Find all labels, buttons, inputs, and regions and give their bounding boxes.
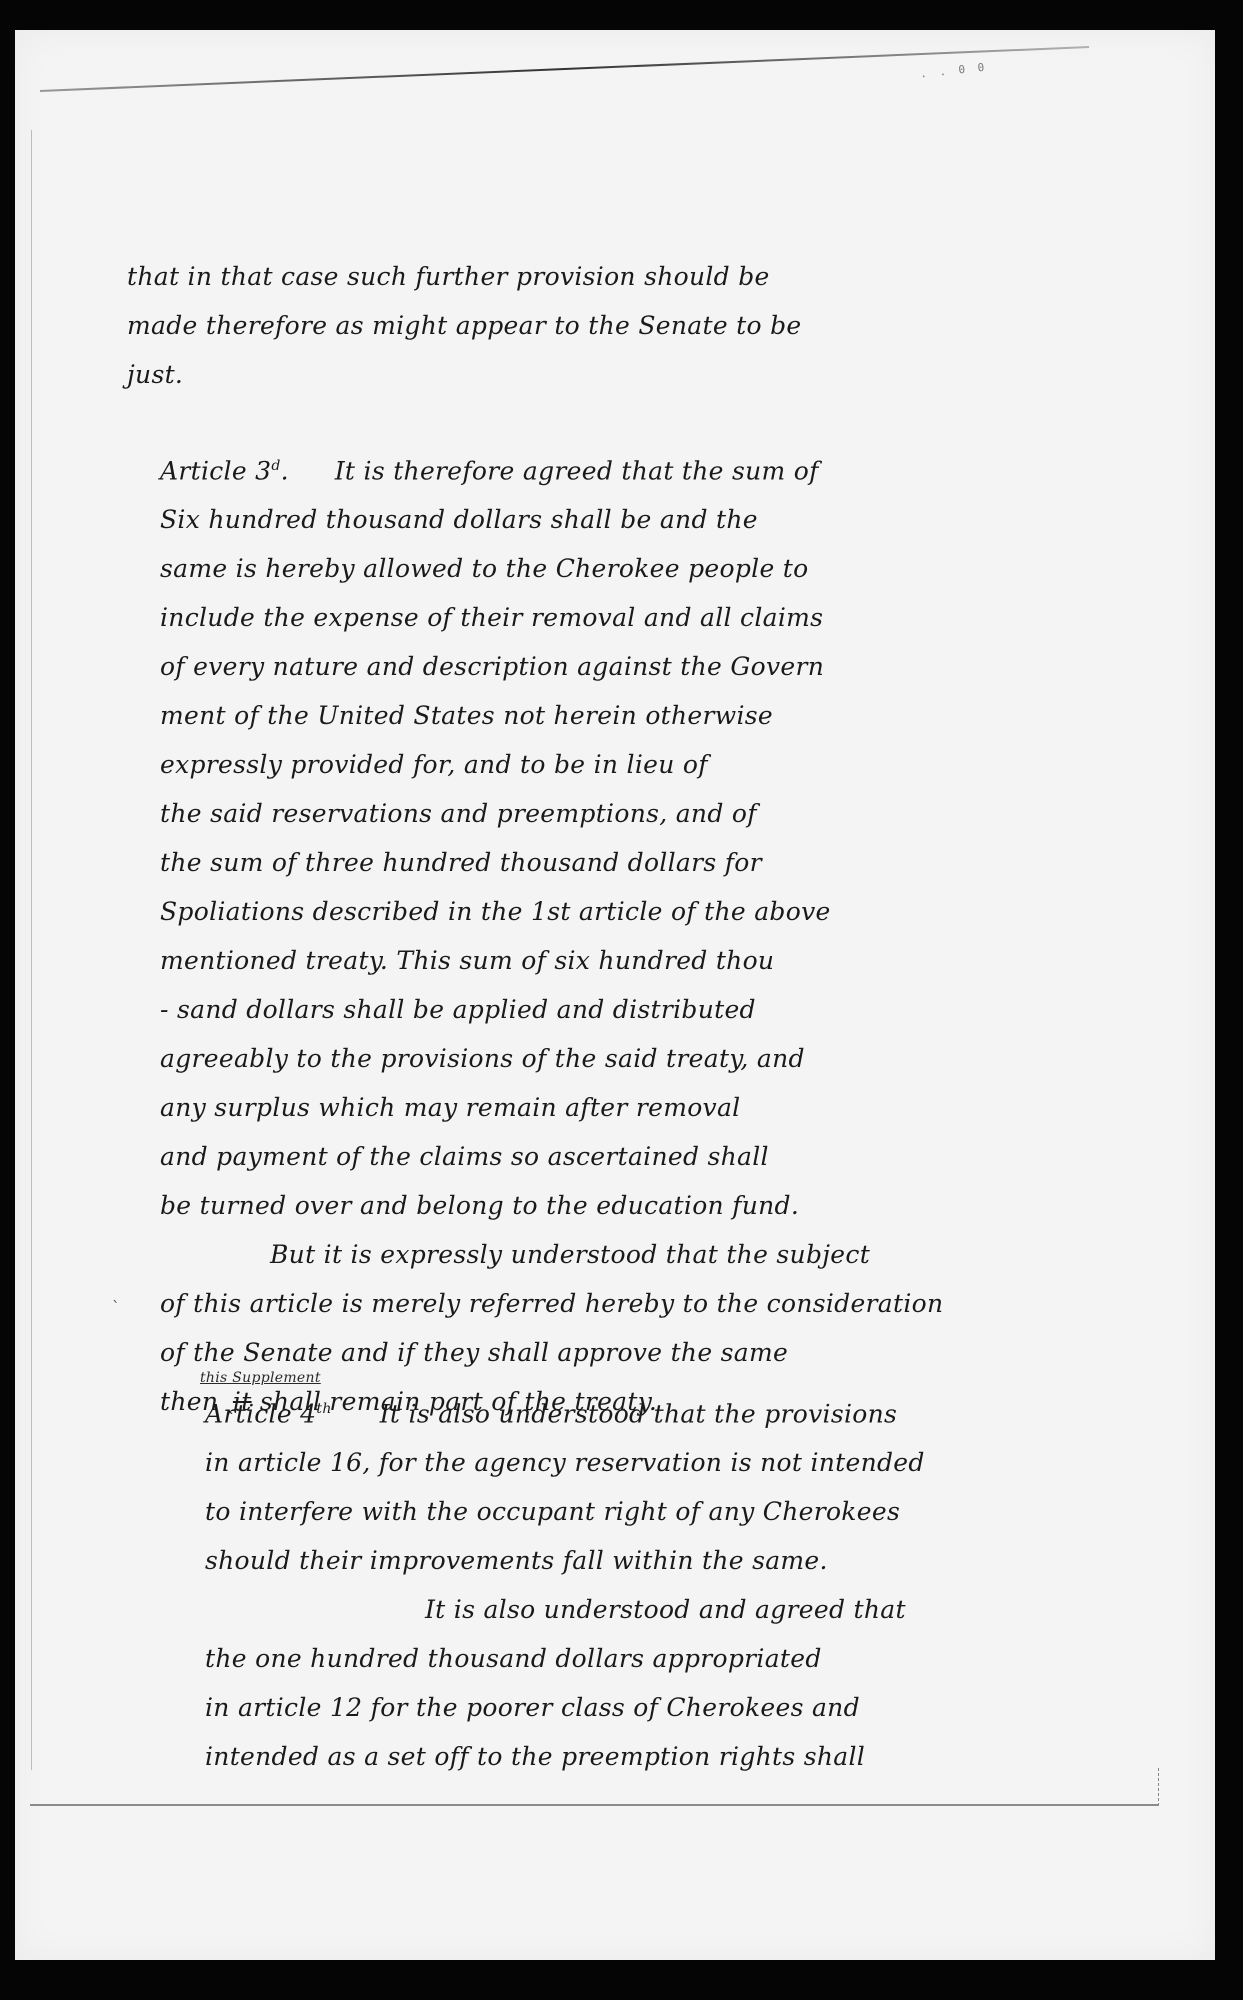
article-4-first-line: Article 4th It is also understood that t…: [205, 1385, 1150, 1438]
text-line: of every nature and description against …: [160, 642, 1150, 691]
text-line: - sand dollars shall be applied and dist…: [160, 985, 1150, 1034]
article-3-first-line: Article 3d. It is therefore agreed that …: [160, 442, 1150, 495]
text-line: ment of the United States not herein oth…: [160, 691, 1150, 740]
text-line: It is also understood that the provision…: [380, 1399, 897, 1428]
text-line: made therefore as might appear to the Se…: [127, 301, 1137, 350]
text-line: mentioned treaty. This sum of six hundre…: [160, 936, 1150, 985]
article-4-heading: Article 4th: [205, 1385, 355, 1438]
text-line: in article 12 for the poorer class of Ch…: [205, 1683, 1150, 1732]
article-4-heading-text: Article 4: [205, 1399, 316, 1428]
left-margin-rule: [31, 130, 32, 1770]
text-line: It is therefore agreed that the sum of: [335, 456, 819, 485]
text-line: and payment of the claims so ascertained…: [160, 1132, 1150, 1181]
text-line: to interfere with the occupant right of …: [205, 1487, 1150, 1536]
text-line: of this article is merely referred hereb…: [160, 1279, 1150, 1328]
text-line: expressly provided for, and to be in lie…: [160, 740, 1150, 789]
text-line: in article 16, for the agency reservatio…: [205, 1438, 1150, 1487]
text-line: the sum of three hundred thousand dollar…: [160, 838, 1150, 887]
margin-mark: `: [112, 1298, 120, 1317]
article-3-heading-text: Article 3: [160, 456, 271, 485]
text-line: be turned over and belong to the educati…: [160, 1181, 1150, 1230]
article-3: Article 3d. It is therefore agreed that …: [160, 442, 1150, 1429]
text-line: But it is expressly understood that the …: [160, 1230, 1150, 1279]
text-line: Six hundred thousand dollars shall be an…: [160, 495, 1150, 544]
article-4-heading-sup: th: [316, 1401, 331, 1417]
text-line: just.: [127, 350, 1137, 399]
text-line: same is hereby allowed to the Cherokee p…: [160, 544, 1150, 593]
manuscript-page: . . 0 0 that in that case such further p…: [15, 30, 1215, 1960]
interlinear-insertion: this Supplement: [200, 1371, 321, 1385]
text-line: the said reservations and preemptions, a…: [160, 789, 1150, 838]
article-3-heading-sup: d: [271, 458, 280, 474]
text-line: the one hundred thousand dollars appropr…: [205, 1634, 1150, 1683]
folio-number-mark: . . 0 0: [920, 61, 988, 81]
text-line: any surplus which may remain after remov…: [160, 1083, 1150, 1132]
bottom-ruled-border: [30, 1768, 1159, 1806]
article-4: Article 4th It is also understood that t…: [205, 1385, 1150, 1781]
text-line: should their improvements fall within th…: [205, 1536, 1150, 1585]
text-line: agreeably to the provisions of the said …: [160, 1034, 1150, 1083]
text-line: It is also understood and agreed that: [205, 1585, 1150, 1634]
text-line: Spoliations described in the 1st article…: [160, 887, 1150, 936]
text-line: include the expense of their removal and…: [160, 593, 1150, 642]
text-line: that in that case such further provision…: [127, 252, 1137, 301]
article-3-heading: Article 3d.: [160, 442, 310, 495]
continuation-paragraph: that in that case such further provision…: [127, 252, 1137, 399]
